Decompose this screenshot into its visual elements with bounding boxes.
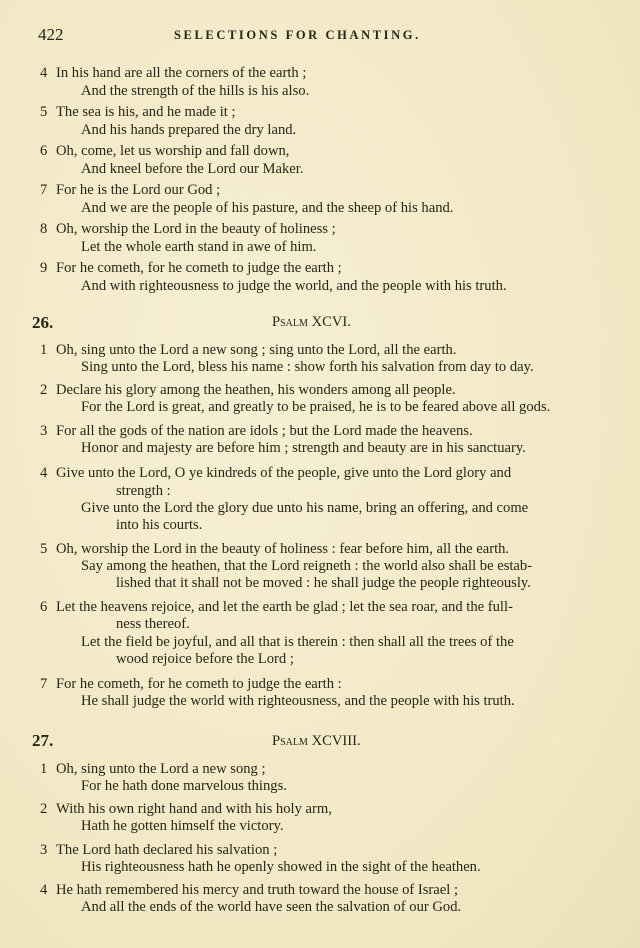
verse-number: 6 (40, 598, 56, 616)
verse-response: And we are the people of his pasture, an… (81, 199, 453, 217)
verse-response: And his hands prepared the dry land. (81, 121, 296, 139)
verse-continuation: ness thereof. (116, 615, 190, 633)
verse-line: 6Oh, come, let us worship and fall down, (40, 142, 289, 160)
verse-line: 9For he cometh, for he cometh to judge t… (40, 259, 342, 277)
selection-number: 27. (32, 731, 53, 751)
verse-number: 2 (40, 800, 56, 818)
verse-number: 7 (40, 675, 56, 693)
verse-number: 5 (40, 540, 56, 558)
psalm-title: Psalm XCVI. (272, 314, 351, 331)
verse-line: 1Oh, sing unto the Lord a new song ; (40, 760, 266, 778)
verse-number: 3 (40, 422, 56, 440)
verse-response: His righteousness hath he openly showed … (81, 858, 481, 876)
verse-line: 3The Lord hath declared his salvation ; (40, 841, 277, 859)
verse-line: 7For he cometh, for he cometh to judge t… (40, 675, 342, 693)
verse-number: 4 (40, 64, 56, 82)
verse-response: Say among the heathen, that the Lord rei… (81, 557, 532, 575)
verse-number: 3 (40, 841, 56, 859)
verse-response: For he hath done marvelous things. (81, 777, 287, 795)
verse-number: 8 (40, 220, 56, 238)
running-title: SELECTIONS FOR CHANTING. (174, 28, 421, 43)
verse-response: Sing unto the Lord, bless his name : sho… (81, 358, 534, 376)
verse-number: 1 (40, 341, 56, 359)
verse-line: 7For he is the Lord our God ; (40, 181, 220, 199)
verse-response: Let the field be joyful, and all that is… (81, 633, 514, 651)
verse-continuation: strength : (116, 482, 171, 500)
verse-line: 4Give unto the Lord, O ye kindreds of th… (40, 464, 511, 482)
verse-line: 1Oh, sing unto the Lord a new song ; sin… (40, 341, 456, 359)
verse-line: 2With his own right hand and with his ho… (40, 800, 332, 818)
verse-line: 4In his hand are all the corners of the … (40, 64, 306, 82)
verse-continuation: lished that it shall not be moved : he s… (116, 574, 531, 592)
verse-number: 1 (40, 760, 56, 778)
verse-response: Hath he gotten himself the victory. (81, 817, 284, 835)
verse-response: And the strength of the hills is his als… (81, 82, 309, 100)
verse-number: 4 (40, 881, 56, 899)
verse-line: 5Oh, worship the Lord in the beauty of h… (40, 540, 509, 558)
verse-number: 9 (40, 259, 56, 277)
verse-response: And kneel before the Lord our Maker. (81, 160, 303, 178)
verse-response: Honor and majesty are before him ; stren… (81, 439, 526, 457)
verse-number: 7 (40, 181, 56, 199)
verse-line: 2Declare his glory among the heathen, hi… (40, 381, 456, 399)
psalm-title: Psalm XCVIII. (272, 733, 361, 750)
verse-line: 4He hath remembered his mercy and truth … (40, 881, 458, 899)
verse-line: 6Let the heavens rejoice, and let the ea… (40, 598, 513, 616)
verse-line: 3For all the gods of the nation are idol… (40, 422, 473, 440)
verse-response: Give unto the Lord the glory due unto hi… (81, 499, 528, 517)
page-number: 422 (38, 25, 64, 45)
verse-line: 8Oh, worship the Lord in the beauty of h… (40, 220, 336, 238)
verse-response: Let the whole earth stand in awe of him. (81, 238, 316, 256)
book-page: 422 SELECTIONS FOR CHANTING. 4In his han… (0, 0, 640, 948)
verse-response: And all the ends of the world have seen … (81, 898, 461, 916)
verse-response: And with righteousness to judge the worl… (81, 277, 507, 295)
verse-response: For the Lord is great, and greatly to be… (81, 398, 550, 416)
selection-number: 26. (32, 313, 53, 333)
running-head: 422 SELECTIONS FOR CHANTING. (38, 25, 600, 47)
verse-response: He shall judge the world with righteousn… (81, 692, 515, 710)
verse-continuation: into his courts. (116, 516, 202, 534)
verse-number: 4 (40, 464, 56, 482)
verse-number: 6 (40, 142, 56, 160)
verse-number: 2 (40, 381, 56, 399)
verse-number: 5 (40, 103, 56, 121)
verse-line: 5The sea is his, and he made it ; (40, 103, 236, 121)
verse-continuation: wood rejoice before the Lord ; (116, 650, 294, 668)
